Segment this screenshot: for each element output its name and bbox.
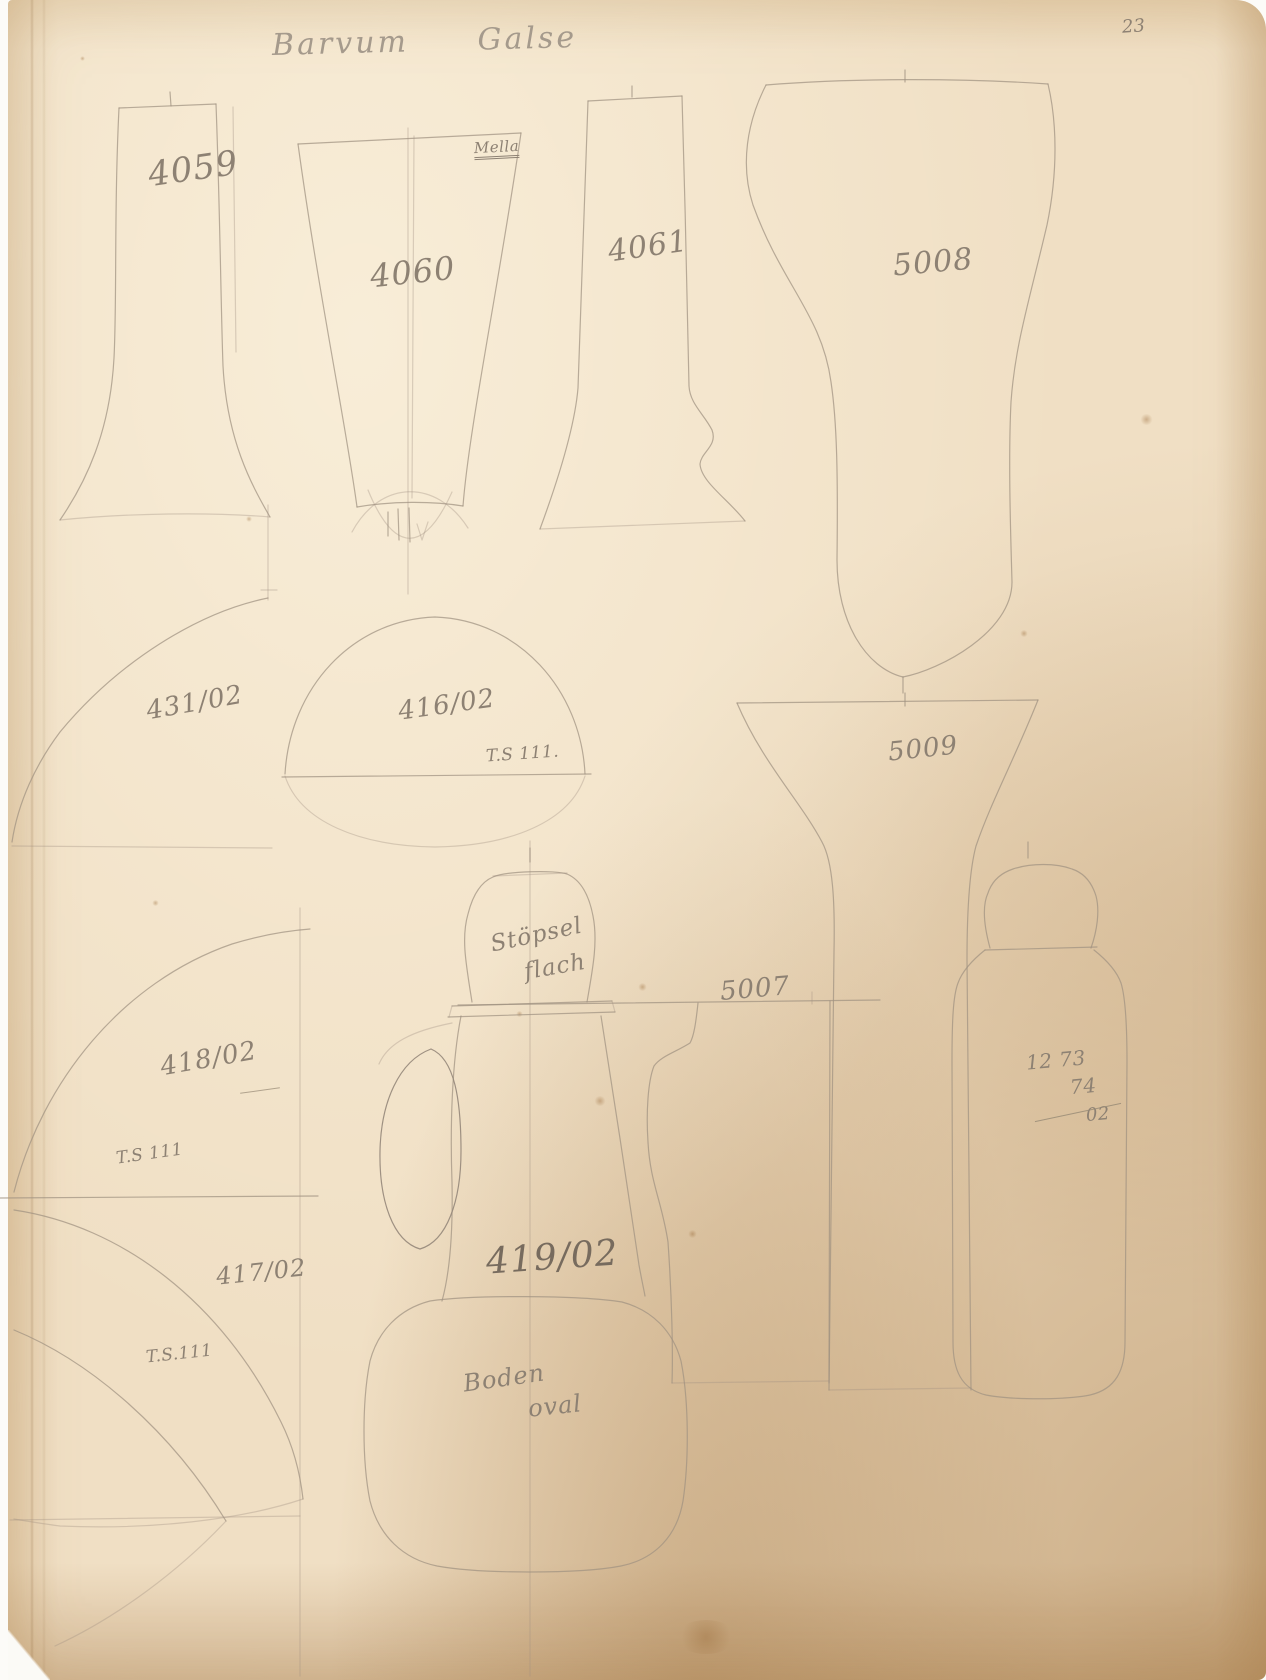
outline <box>737 700 1038 703</box>
oval-base-outline <box>364 1297 687 1572</box>
outline <box>14 1499 303 1527</box>
outline <box>829 1388 971 1390</box>
label-74: 74 <box>1069 1075 1097 1097</box>
flange-line <box>448 1012 615 1017</box>
label-mella: Mella <box>474 139 520 160</box>
figure-fan-segment-431 <box>12 505 277 848</box>
tick-mark <box>170 92 171 106</box>
handle-outline <box>380 1049 461 1249</box>
scanned-sketchbook-page: { "page": { "title": "Barvum Galse", "pa… <box>0 0 1266 1680</box>
guide-line <box>412 136 414 498</box>
outline <box>766 80 1048 85</box>
outline <box>672 1381 829 1383</box>
label-5008: 5008 <box>892 245 975 282</box>
outline <box>298 144 357 507</box>
label-5007: 5007 <box>719 973 791 1005</box>
figure-funnel-vase-5009 <box>737 693 1038 1390</box>
outline <box>12 598 268 842</box>
outline <box>463 133 521 506</box>
label-4060: 4060 <box>369 252 457 293</box>
guide-line <box>10 1516 300 1520</box>
figure-tapered-beaker-4060 <box>298 128 521 594</box>
outline <box>285 776 585 847</box>
chord-line <box>282 774 591 777</box>
outline <box>682 96 745 521</box>
label-1273: 12 73 <box>1025 1047 1086 1072</box>
outline <box>540 101 588 529</box>
guide-line <box>12 846 272 848</box>
page-number: 23 <box>1121 15 1145 38</box>
construction-lines <box>0 841 880 1676</box>
figure-dome-416 <box>282 617 591 847</box>
outline <box>55 1521 226 1646</box>
figure-club-decanter-5008 <box>746 70 1055 693</box>
body-outline <box>442 1016 461 1301</box>
outline <box>647 1003 698 1383</box>
outline <box>60 108 119 520</box>
outline <box>60 514 270 520</box>
figure-stepped-column-4061 <box>540 86 745 529</box>
label-oval: oval <box>527 1391 583 1421</box>
label-5009: 5009 <box>887 732 960 765</box>
outline <box>540 521 745 529</box>
outline <box>119 104 216 108</box>
figure-petal-templates <box>14 929 310 1646</box>
guide-line <box>0 1196 318 1198</box>
label-419-02: 419/02 <box>485 1235 620 1280</box>
outline <box>903 84 1055 677</box>
flange-line <box>449 1006 452 1017</box>
outline <box>746 85 903 677</box>
outline <box>967 700 1038 1390</box>
stopper-outline <box>984 865 1097 949</box>
figure-bottle-profile-5007 <box>647 1001 830 1383</box>
outline <box>588 96 682 101</box>
neck-line <box>985 947 1097 950</box>
tick-mark <box>409 508 410 542</box>
body-outline <box>952 950 1127 1399</box>
outline <box>737 703 834 1390</box>
